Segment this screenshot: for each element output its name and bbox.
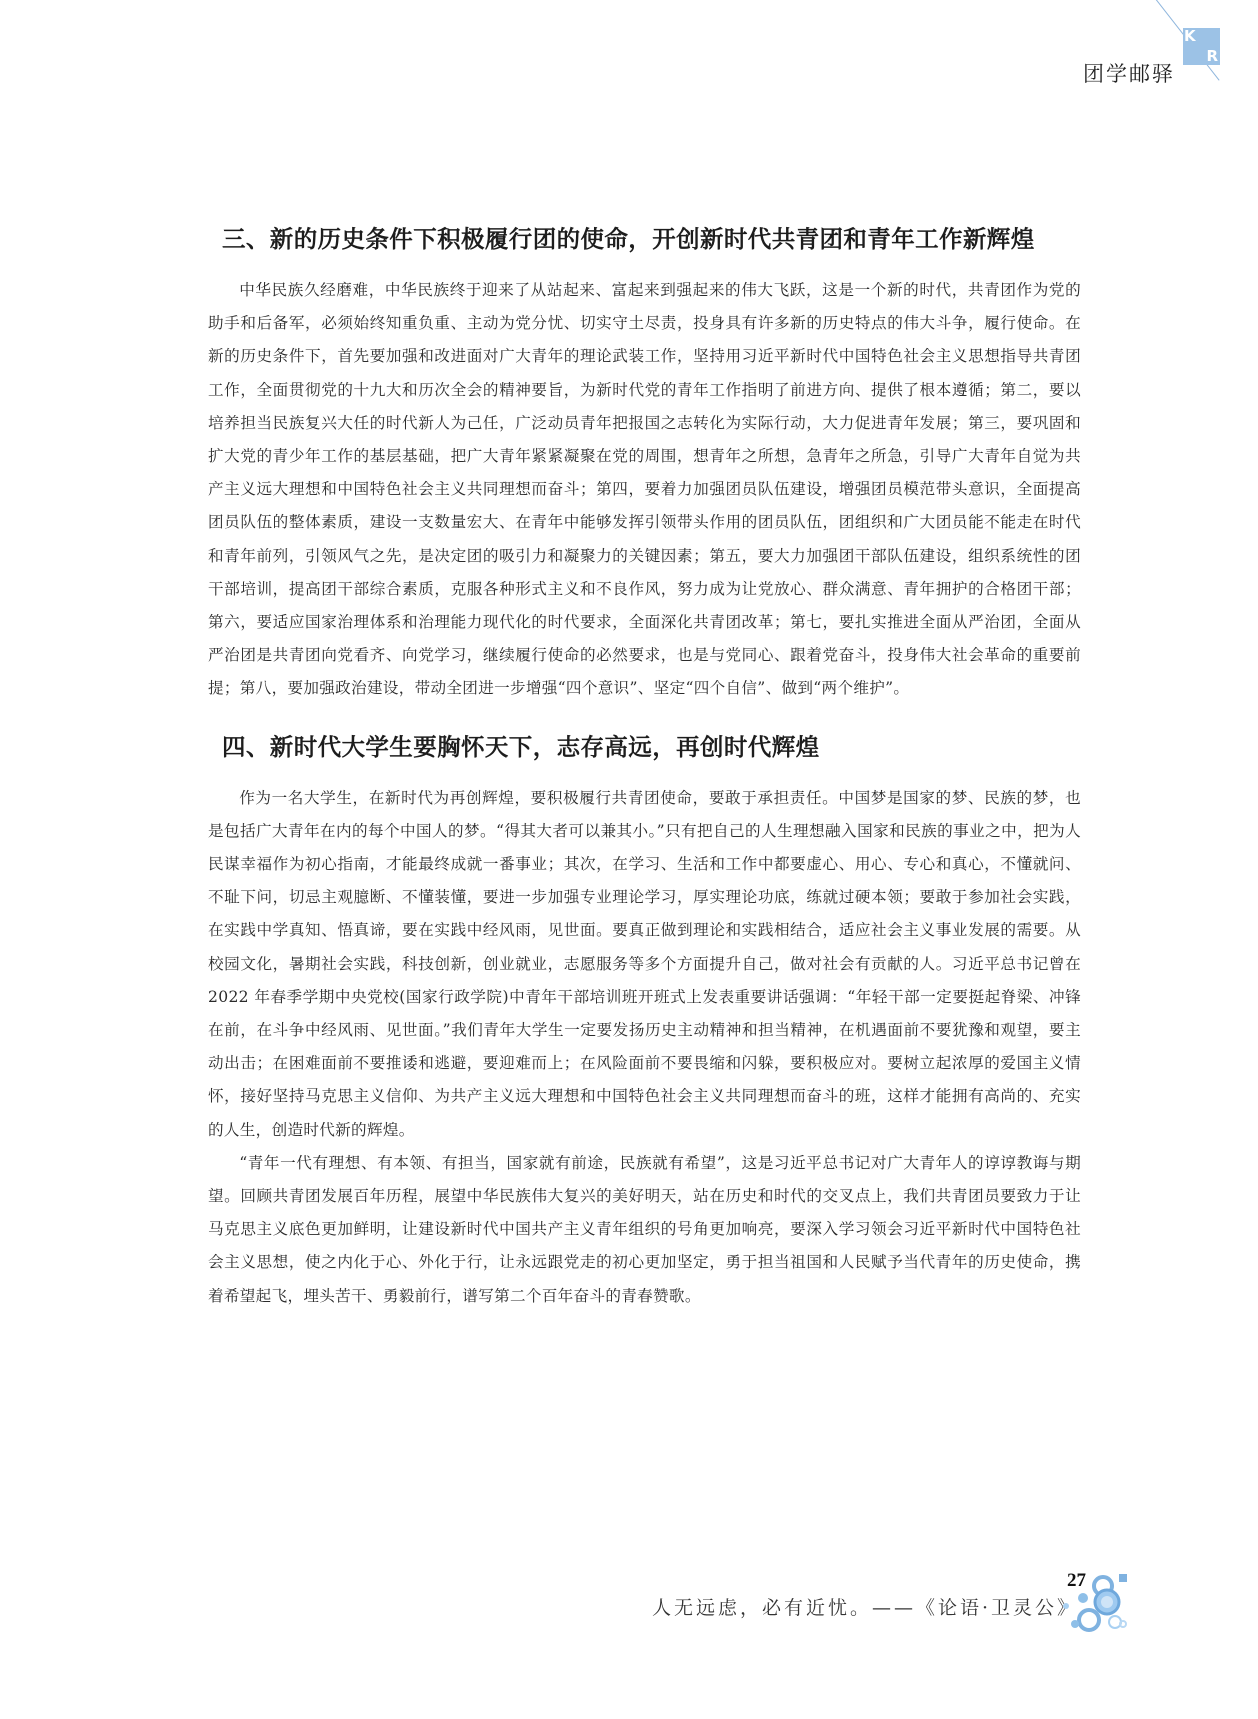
- section-heading-3: 三、新的历史条件下积极履行团的使命，开创新时代共青团和青年工作新辉煌: [208, 220, 1081, 254]
- paragraph: 中华民族久经磨难，中华民族终于迎来了从站起来、富起来到强起来的伟大飞跃，这是一个…: [208, 274, 1081, 706]
- paragraph: 作为一名大学生，在新时代为再创辉煌，要积极履行共青团使命，要敢于承担责任。中国梦…: [208, 782, 1081, 1147]
- article-body: 三、新的历史条件下积极履行团的使命，开创新时代共青团和青年工作新辉煌 中华民族久…: [208, 220, 1081, 1313]
- page-number: 27: [1067, 1570, 1086, 1592]
- badge-letter-k: K: [1184, 29, 1196, 44]
- column-label: 团学邮驿: [1083, 58, 1175, 88]
- footer-quote: 人无远虑，必有近忧。——《论语·卫灵公》: [652, 1593, 1079, 1620]
- badge-letter-r: R: [1206, 49, 1218, 64]
- paragraph: “青年一代有理想、有本领、有担当，国家就有前途，民族就有希望”，这是习近平总书记…: [208, 1147, 1081, 1313]
- kr-logo-badge: K R: [1183, 28, 1220, 65]
- section-heading-4: 四、新时代大学生要胸怀天下，志存高远，再创时代辉煌: [208, 728, 1081, 762]
